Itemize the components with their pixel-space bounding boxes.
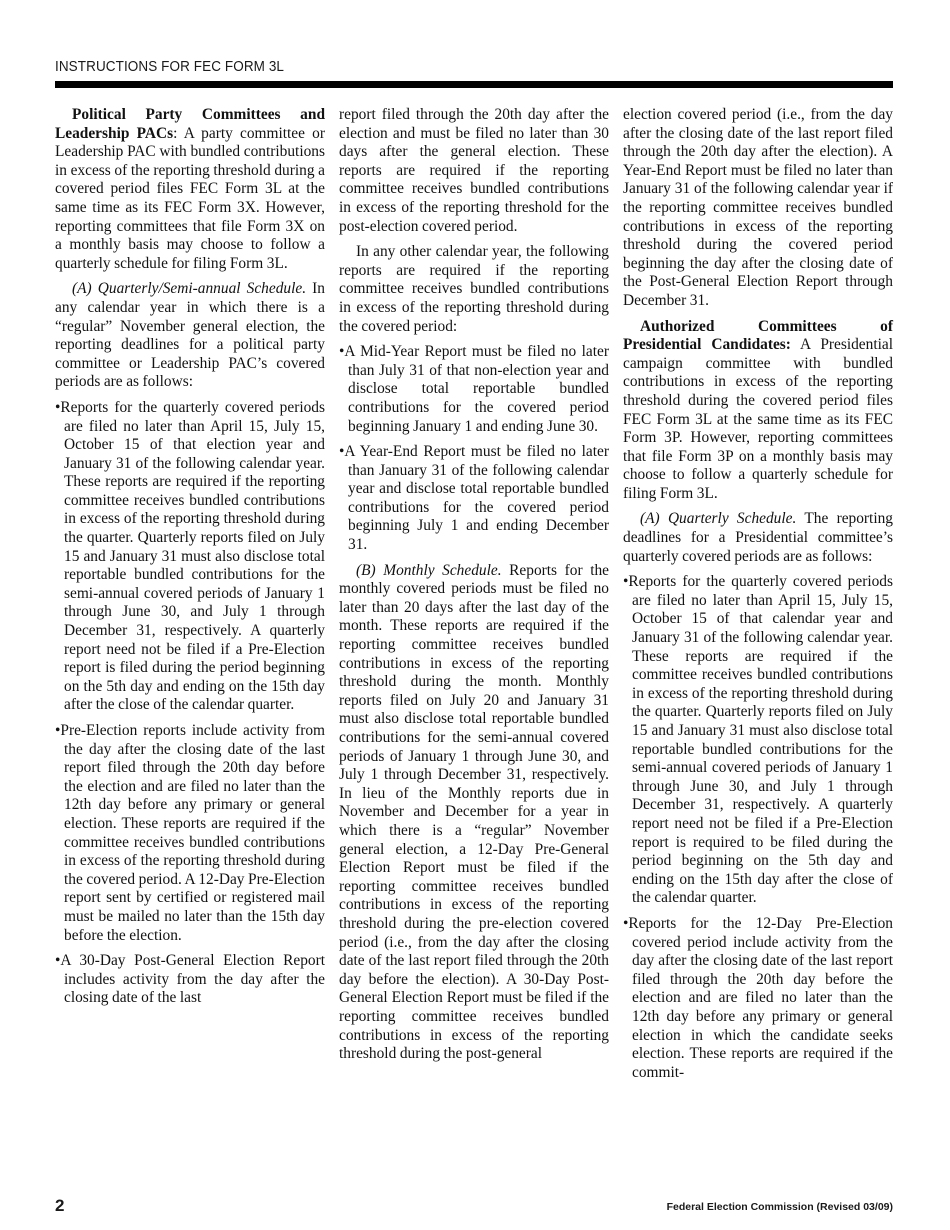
text-run: •Reports for the 12-Day Pre-Election cov…: [623, 915, 893, 1081]
text-run: (A) Quarterly/Semi-annual Schedule.: [72, 280, 306, 297]
text-run: •Reports for the quarterly covered perio…: [55, 399, 325, 714]
text-run: •Pre-Election reports include activity f…: [55, 722, 325, 944]
page-footer: 2 Federal Election Commission (Revised 0…: [55, 1196, 893, 1216]
text-run: report filed through the 20th day after …: [339, 106, 609, 235]
paragraph: (B) Monthly Schedule. Reports for the mo…: [339, 562, 609, 1064]
bullet-item: •A Year-End Report must be filed no late…: [339, 443, 609, 555]
text-run: In any other calendar year, the followin…: [339, 243, 609, 334]
paragraph: Authorized Committees of Presidential Ca…: [623, 318, 893, 504]
column-1: Political Party Committees and Leadershi…: [55, 106, 325, 1089]
bullet-item: •A Mid-Year Report must be filed no late…: [339, 343, 609, 436]
text-run: A Presidential campaign committee with b…: [623, 336, 893, 502]
columns: Political Party Committees and Leadershi…: [55, 106, 893, 1089]
text-run: : A party committee or Leadership PAC wi…: [55, 125, 325, 272]
page-header: INSTRUCTIONS FOR FEC FORM 3L: [55, 58, 893, 88]
paragraph: election covered period (i.e., from the …: [623, 106, 893, 311]
text-run: •A Year-End Report must be filed no late…: [339, 443, 609, 553]
column-3: election covered period (i.e., from the …: [623, 106, 893, 1089]
bullet-item: •Reports for the quarterly covered perio…: [623, 573, 893, 908]
paragraph: In any other calendar year, the followin…: [339, 243, 609, 336]
header-rule: [55, 81, 893, 88]
bullet-item: •Pre-Election reports include activity f…: [55, 722, 325, 945]
text-run: •A Mid-Year Report must be filed no late…: [339, 343, 609, 434]
bullet-item: •Reports for the quarterly covered perio…: [55, 399, 325, 715]
text-run: •A 30-Day Post-General Election Report i…: [55, 952, 325, 1006]
text-run: (B) Monthly Schedule.: [356, 562, 502, 579]
footer-credit: Federal Election Commission (Revised 03/…: [667, 1201, 893, 1216]
text-run: (A) Quarterly Schedule.: [640, 510, 796, 527]
column-2: report filed through the 20th day after …: [339, 106, 609, 1089]
page-number: 2: [55, 1196, 64, 1216]
paragraph: (A) Quarterly/Semi-annual Schedule. In a…: [55, 280, 325, 392]
paragraph: Political Party Committees and Leadershi…: [55, 106, 325, 273]
paragraph: (A) Quarterly Schedule. The reporting de…: [623, 510, 893, 566]
paragraph: report filed through the 20th day after …: [339, 106, 609, 236]
page: INSTRUCTIONS FOR FEC FORM 3L Political P…: [0, 0, 950, 1230]
bullet-item: •A 30-Day Post-General Election Report i…: [55, 952, 325, 1008]
text-run: Reports for the monthly covered periods …: [339, 562, 609, 1062]
text-run: election covered period (i.e., from the …: [623, 106, 893, 309]
page-title: INSTRUCTIONS FOR FEC FORM 3L: [55, 58, 809, 75]
bullet-item: •Reports for the 12-Day Pre-Election cov…: [623, 915, 893, 1082]
text-run: •Reports for the quarterly covered perio…: [623, 573, 893, 906]
